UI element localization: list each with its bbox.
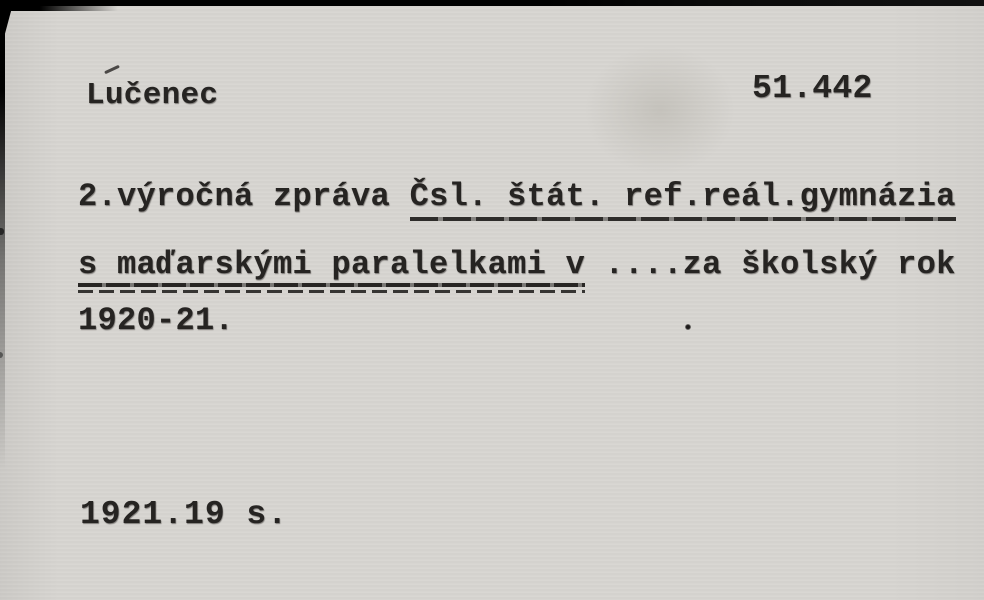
imprint-line: 1921.19 s.	[80, 496, 288, 533]
title-line-2-suffix: ....za školský rok	[585, 246, 956, 283]
ink-speck-dot	[685, 324, 691, 330]
title-line-1-prefix: 2.výročná zpráva	[78, 178, 410, 215]
catalog-number: 51.442	[752, 70, 873, 107]
title-line-2-underlined: s maďarskými paralelkami v	[78, 246, 585, 293]
scan-edge-top	[0, 0, 984, 6]
title-line-1-underlined: Čsl. štát. ref.reál.gymnázia	[410, 178, 956, 221]
place-heading: Lučenec	[86, 78, 218, 113]
school-year-line: 1920-21.	[78, 302, 234, 339]
paper-stain	[585, 45, 735, 175]
scan-edge-left	[0, 0, 5, 470]
scan-edge-top-left-segment	[0, 0, 120, 11]
title-line-1: 2.výročná zpráva Čsl. štát. ref.reál.gym…	[78, 178, 956, 215]
scan-corner-topleft	[0, 0, 14, 34]
ink-speck-dash	[104, 65, 120, 74]
catalog-card-scan: Lučenec 51.442 2.výročná zpráva Čsl. štá…	[0, 0, 984, 600]
title-line-2: s maďarskými paralelkami v ....za školsk…	[78, 246, 956, 283]
